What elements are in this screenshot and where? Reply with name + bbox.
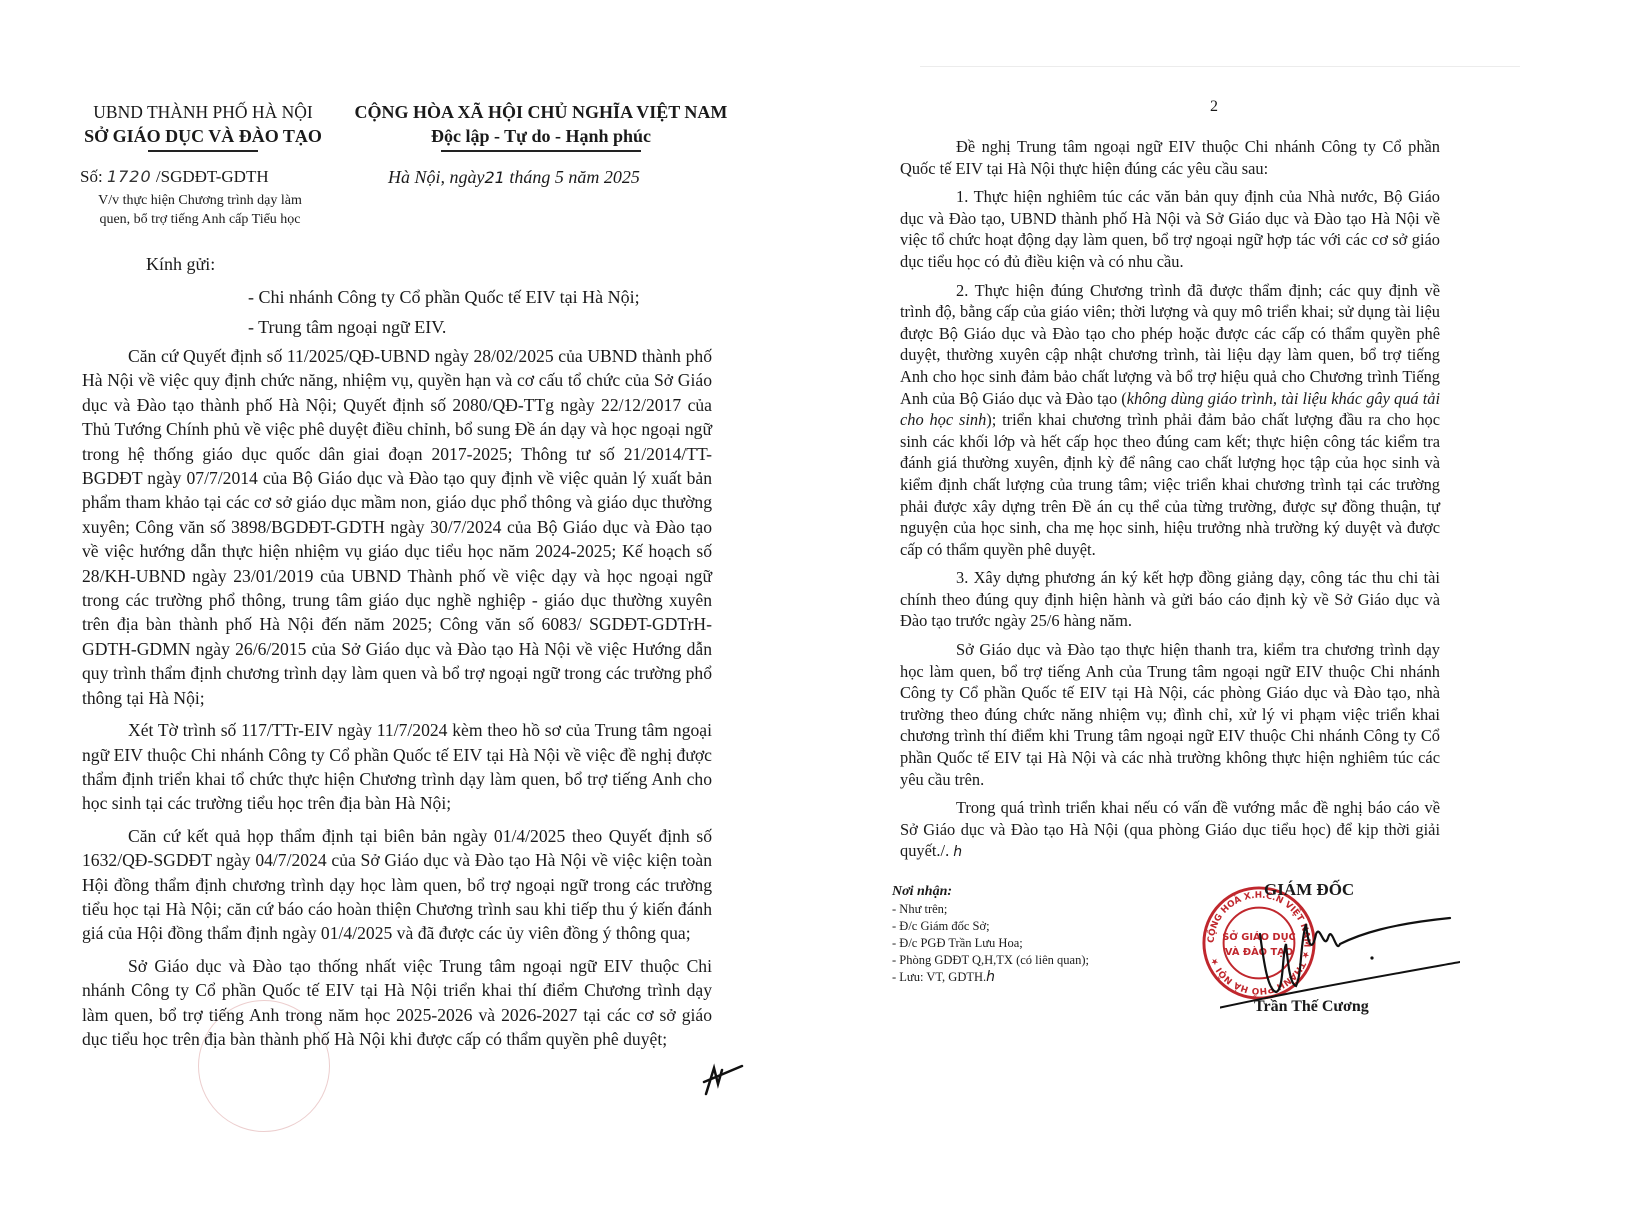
authority-underline <box>148 150 258 152</box>
legal-basis-paragraph: Căn cứ Quyết định số 11/2025/QĐ-UBND ngà… <box>82 344 712 710</box>
appraisal-paragraph: Căn cứ kết quả họp thẩm định tại biên bả… <box>82 824 712 946</box>
page2-body: Đề nghị Trung tâm ngoại ngữ EIV thuộc Ch… <box>900 136 1440 871</box>
issuing-authority: UBND THÀNH PHỐ HÀ NỘI SỞ GIÁO DỤC VÀ ĐÀO… <box>78 100 328 152</box>
document-number: Số: 1720 /SGDĐT-GDTH <box>80 167 330 187</box>
distribution-title: Nơi nhận: <box>892 883 1212 901</box>
requirement-3: 3. Xây dựng phương án ký kết hợp đồng gi… <box>900 567 1440 632</box>
document-subject: V/v thực hiện Chương trình dạy làm quen,… <box>70 191 330 229</box>
handwritten-mark-icon: h <box>953 844 962 860</box>
place-date-suffix: tháng 5 năm 2025 <box>505 167 640 187</box>
page-edge <box>920 66 1520 67</box>
greeting: Kính gửi: <box>146 254 215 275</box>
doc-number-suffix: /SGDĐT-GDTH <box>152 167 269 186</box>
subject-line: V/v thực hiện Chương trình dạy làm <box>70 191 330 210</box>
place-date-prefix: Hà Nội, ngày <box>388 167 485 187</box>
addressee-item: - Trung tâm ngoại ngữ EIV. <box>248 312 640 342</box>
handwritten-signature-icon <box>1220 894 1460 1014</box>
inspection-paragraph: Sở Giáo dục và Đào tạo thực hiện thanh t… <box>900 639 1440 790</box>
addressee-item: - Chi nhánh Công ty Cổ phần Quốc tế EIV … <box>248 282 640 312</box>
motto-underline <box>441 150 641 152</box>
requirement-1: 1. Thực hiện nghiêm túc các văn bản quy … <box>900 186 1440 272</box>
subject-line: quen, bổ trợ tiếng Anh cấp Tiểu học <box>70 210 330 229</box>
closing-paragraph: Trong quá trình triển khai nếu có vấn đề… <box>900 797 1440 864</box>
national-motto: Độc lập - Tự do - Hạnh phúc <box>346 124 736 148</box>
requirement-2-text-cont: ); triển khai chương trình phải đảm bảo … <box>900 410 1440 559</box>
addressee-list: - Chi nhánh Công ty Cổ phần Quốc tế EIV … <box>248 282 640 342</box>
distribution-list: Nơi nhận: - Như trên; - Đ/c Giám đốc Sở;… <box>892 883 1212 986</box>
date-day-handwritten: 21 <box>485 168 505 187</box>
handwritten-mark-icon: h <box>986 969 995 985</box>
document-page-1: UBND THÀNH PHỐ HÀ NỘI SỞ GIÁO DỤC VÀ ĐÀO… <box>0 0 790 1209</box>
distribution-item: - Đ/c PGĐ Trần Lưu Hoa; <box>892 935 1212 952</box>
approval-paragraph: Sở Giáo dục và Đào tạo thống nhất việc T… <box>82 954 712 1052</box>
requirement-2: 2. Thực hiện đúng Chương trình đã được t… <box>900 280 1440 561</box>
distribution-item: - Như trên; <box>892 901 1212 918</box>
proposal-paragraph: Xét Tờ trình số 117/TTr-EIV ngày 11/7/20… <box>82 718 712 816</box>
signer-name: Trần Thế Cương <box>1254 998 1369 1016</box>
national-title: CỘNG HÒA XÃ HỘI CHỦ NGHĨA VIỆT NAM <box>346 100 736 124</box>
distribution-item: - Đ/c Giám đốc Sở; <box>892 918 1212 935</box>
signature-block: CỘNG HOÀ X.H.C.N VIỆT NAM ★ THÀNH PHỐ HÀ… <box>1200 874 1460 1034</box>
place-and-date: Hà Nội, ngày21 tháng 5 năm 2025 <box>388 167 640 188</box>
authority-line-1: UBND THÀNH PHỐ HÀ NỘI <box>78 100 328 124</box>
distribution-item: - Phòng GDĐT Q,H,TX (có liên quan); <box>892 952 1212 969</box>
document-page-2: 2 Đề nghị Trung tâm ngoại ngữ EIV thuộc … <box>820 0 1630 1209</box>
handwritten-initial-icon <box>696 1060 746 1100</box>
request-intro: Đề nghị Trung tâm ngoại ngữ EIV thuộc Ch… <box>900 136 1440 179</box>
page1-body: Căn cứ Quyết định số 11/2025/QĐ-UBND ngà… <box>82 344 712 1059</box>
national-heading: CỘNG HÒA XÃ HỘI CHỦ NGHĨA VIỆT NAM Độc l… <box>346 100 736 152</box>
page-number: 2 <box>1210 98 1218 116</box>
distribution-item-text: - Lưu: VT, GDTH. <box>892 970 986 984</box>
distribution-item: - Lưu: VT, GDTH.h <box>892 969 1212 986</box>
authority-line-2: SỞ GIÁO DỤC VÀ ĐÀO TẠO <box>78 124 328 148</box>
doc-number-handwritten: 1720 <box>107 167 152 186</box>
doc-number-prefix: Số: <box>80 167 107 186</box>
closing-text: Trong quá trình triển khai nếu có vấn đề… <box>900 798 1440 860</box>
